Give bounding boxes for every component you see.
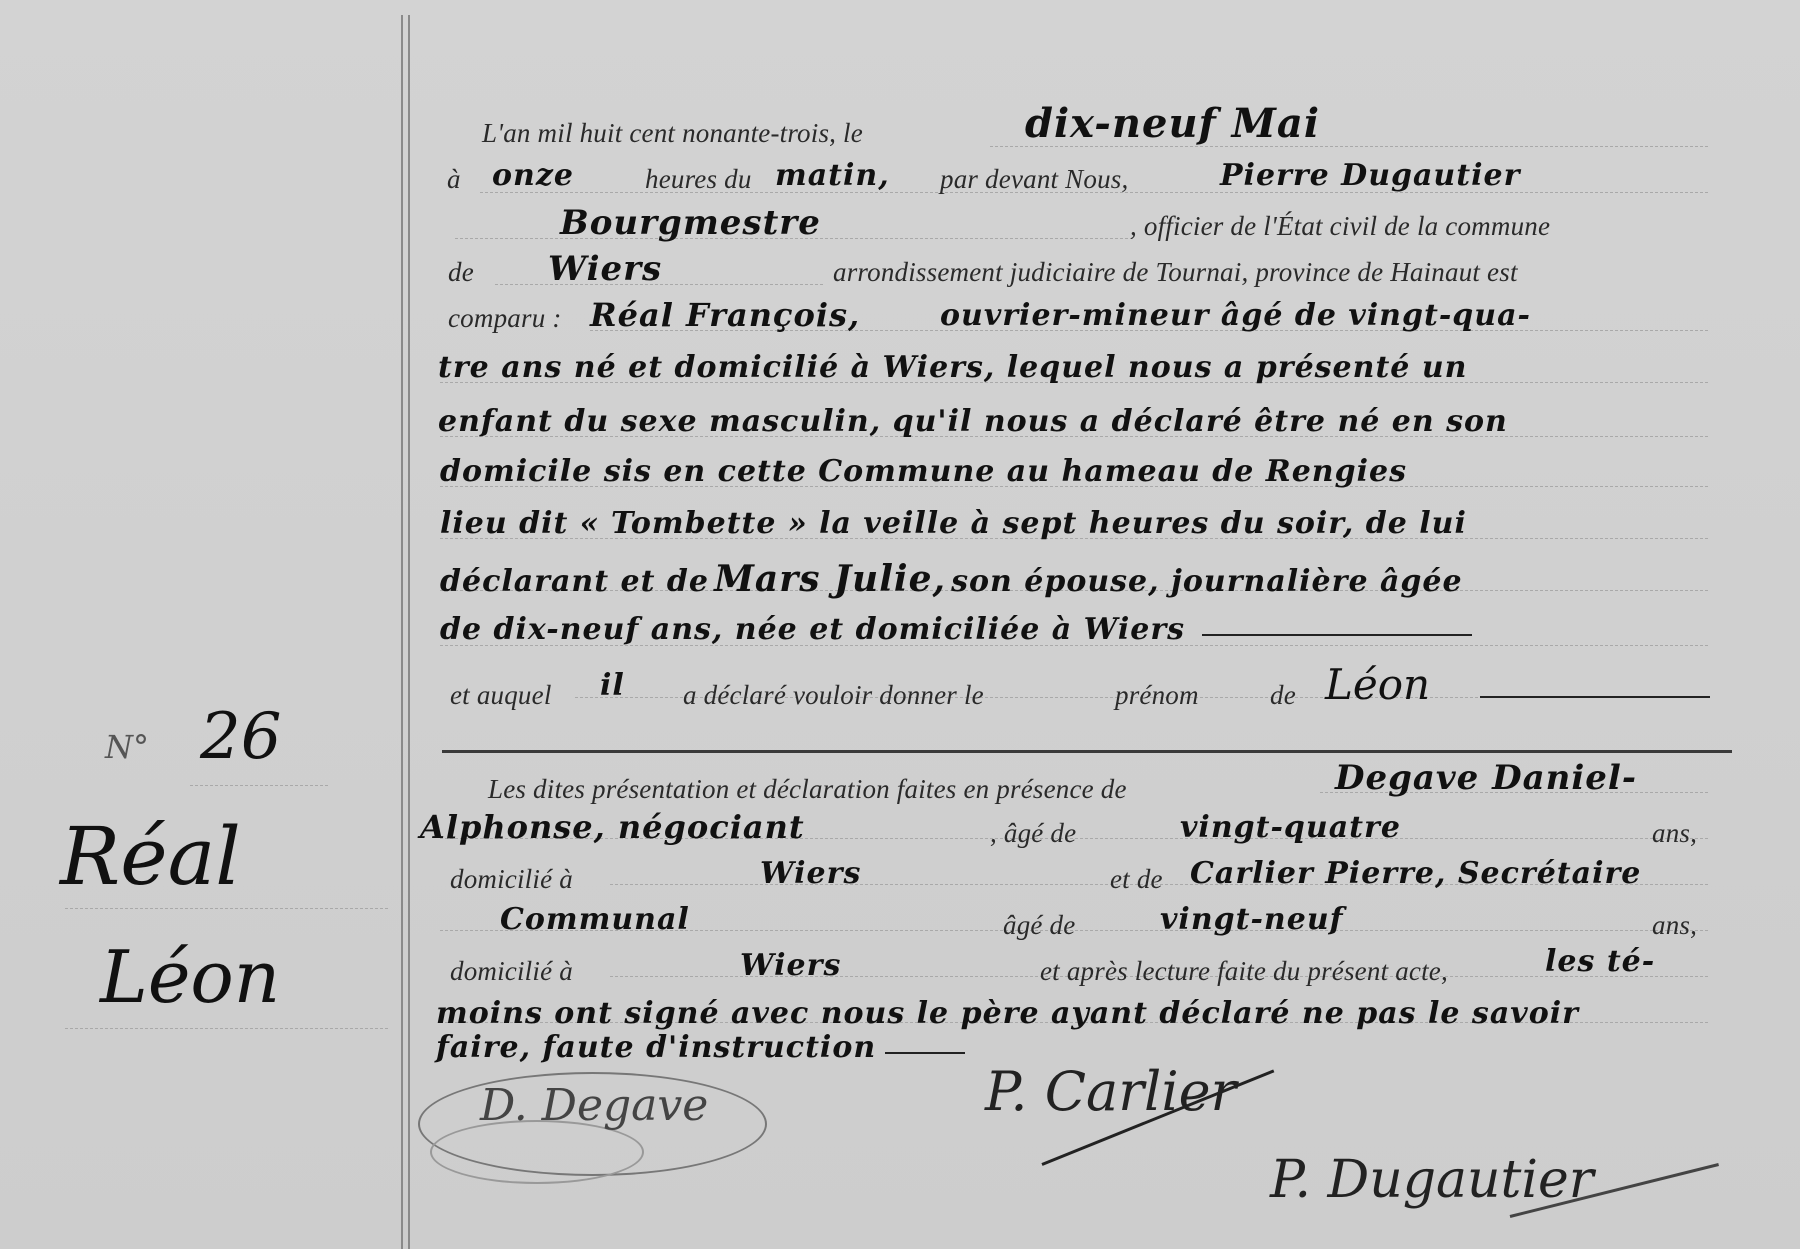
printed-text: arrondissement judiciaire de Tournai, pr… [833,257,1518,288]
handwritten-text: déclarant et de [440,564,709,599]
handwritten-declarant-name: Réal François, [590,296,860,334]
printed-text: âgé de [1003,910,1075,941]
handwritten-text: son épouse, journalière âgée [951,564,1462,599]
printed-text: , âgé de [990,818,1076,849]
handwritten-text: faire, faute d'instruction [436,1030,876,1065]
margin-line-left [401,15,403,1249]
printed-text: domicilié à [450,864,573,895]
act-line-2: à [447,164,461,195]
margin-line-right [408,15,410,1249]
signature-officer: P. Dugautier [1270,1150,1594,1210]
printed-text: Les dites présentation et déclaration fa… [488,774,1127,805]
fill-dash [1202,634,1472,636]
handwritten-pronoun: il [600,668,625,703]
handwritten-hour: onze [492,158,574,193]
handwritten-witness-1-residence: Wiers [760,856,861,891]
register-page: N° 26 Réal Léon L'an mil huit cent nonan… [0,0,1800,1249]
handwritten-text: ouvrier-mineur âgé de vingt-qua- [940,298,1531,333]
handwritten-text: les té- [1545,944,1655,979]
handwritten-text: lieu dit « Tombette » la veille à sept h… [440,506,1467,541]
printed-text: comparu : [448,303,562,334]
printed-text: ans, [1652,818,1697,849]
margin-rule [65,1028,390,1029]
entry-number: 26 [200,700,281,774]
act-line-1: L'an mil huit cent nonante-trois, le [482,118,863,149]
printed-text: prénom [1115,680,1199,711]
printed-text: heures du [645,164,752,195]
printed-text: domicilié à [450,956,573,987]
handwritten-commune: Wiers [548,249,662,289]
printed-text: et après lecture faite du présent acte, [1040,956,1448,987]
signature-witness-1: D. Degave [480,1080,708,1131]
handwritten-witness-2: Carlier Pierre, Secrétaire [1190,856,1641,891]
handwritten-text: enfant du sexe masculin, qu'il nous a dé… [438,404,1508,439]
signature-witness-2: P. Carlier [985,1060,1236,1123]
handwritten-mother-name: Mars Julie, [714,558,946,600]
fill-dash [885,1052,965,1054]
fill-dash [1480,696,1710,698]
handwritten-text: de dix-neuf ans, née et domiciliée à Wie… [440,612,1185,647]
act-line-final: faire, faute d'instruction [436,1030,965,1065]
handwritten-witness-1: Degave Daniel- [1335,758,1637,798]
printed-text: et de [1110,864,1163,895]
handwritten-text: moins ont signé avec nous le père ayant … [436,996,1579,1031]
handwritten-witness-2-occupation: Communal [500,902,690,937]
handwritten-witness-1-age: vingt-quatre [1180,810,1401,845]
printed-text: a déclaré vouloir donner le [683,680,984,711]
section-separator [442,750,1732,753]
printed-text: de [1270,680,1296,711]
printed-text: de [448,257,474,288]
handwritten-text: domicile sis en cette Commune au hameau … [440,454,1407,489]
handwritten-officer-title: Bourgmestre [560,203,821,243]
act-line-11: de dix-neuf ans, née et domiciliée à Wie… [440,612,1472,647]
handwritten-child-name: Léon [1325,660,1430,709]
handwritten-officer-name: Pierre Dugautier [1220,158,1520,193]
handwritten-witness-2-age: vingt-neuf [1160,902,1344,937]
handwritten-date: dix-neuf Mai [1025,100,1320,147]
entry-number-prefix: N° [105,728,149,766]
margin-rule [65,908,390,909]
printed-text: par devant Nous, [940,164,1128,195]
handwritten-witness-1-occupation: Alphonse, négociant [420,808,805,846]
margin-surname: Réal [60,810,241,903]
printed-text: L'an mil huit cent nonante-trois, le [482,118,863,148]
handwritten-time-of-day: matin, [775,158,890,193]
printed-text: , officier de l'État civil de la commune [1130,211,1550,242]
margin-rule [190,785,330,786]
printed-text: ans, [1652,910,1697,941]
printed-text: à [447,164,461,194]
margin-given-name: Léon [100,935,280,1019]
act-line-10: déclarant et de Mars Julie, son épouse, … [440,558,1463,600]
handwritten-witness-2-residence: Wiers [740,948,841,983]
printed-text: et auquel [450,680,552,711]
handwritten-text: tre ans né et domicilié à Wiers, lequel … [438,350,1467,385]
